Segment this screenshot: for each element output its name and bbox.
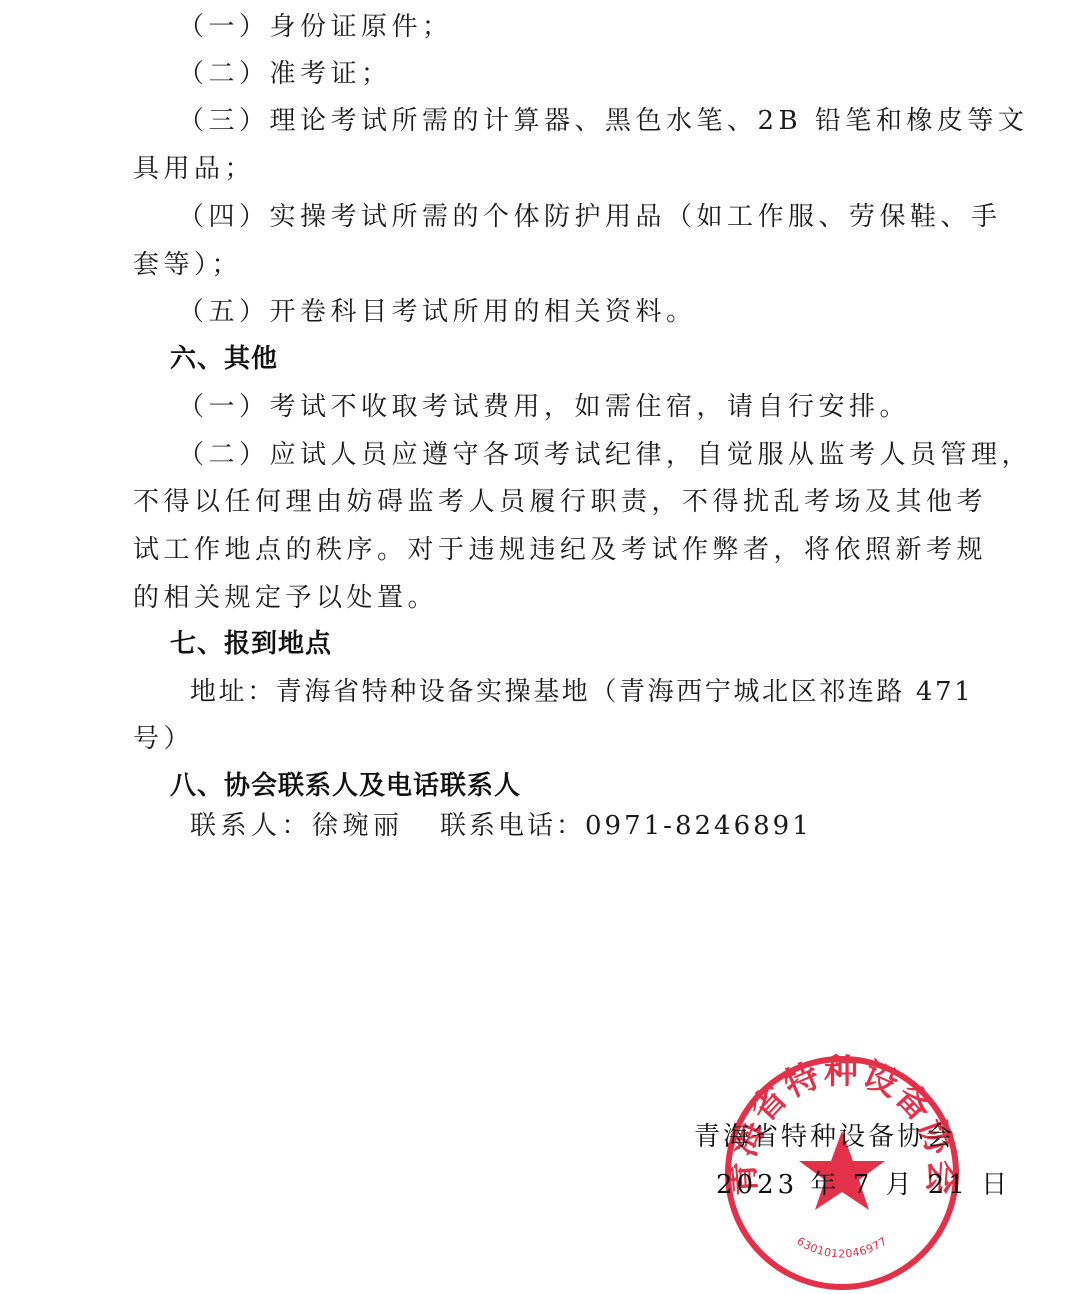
other-item-discipline-line3: 试工作地点的秩序。对于违规违纪及考试作弊者，将依照新考规 <box>133 534 987 566</box>
other-item-fees: （一）考试不收取考试费用，如需住宿，请自行安排。 <box>178 391 910 423</box>
item-stationery: （三）理论考试所需的计算器、黑色水笔、2B 铅笔和橡皮等文 <box>178 105 1028 137</box>
item-id-card: （一）身份证原件； <box>178 11 453 43</box>
svg-text:6301012046977: 6301012046977 <box>794 1235 889 1261</box>
document-page: （一）身份证原件； （二）准考证； （三）理论考试所需的计算器、黑色水笔、2B … <box>0 0 1088 1294</box>
item-open-book-materials: （五）开卷科目考试所用的相关资料。 <box>178 296 697 328</box>
signature-organization: 青海省特种设备协会 <box>694 1121 955 1153</box>
contact-person: 联系人：徐琬丽 <box>190 810 404 842</box>
item-stationery-continuation: 具用品； <box>133 153 255 185</box>
item-protective-equipment-continuation: 套等）； <box>133 249 242 281</box>
item-admission-ticket: （二）准考证； <box>178 58 392 90</box>
other-item-discipline-line2: 不得以任何理由妨碍监考人员履行职责，不得扰乱考场及其他考 <box>133 486 987 518</box>
section-heading-report-location: 七、报到地点 <box>170 628 332 660</box>
address-line1: 地址：青海省特种设备实操基地（青海西宁城北区祁连路 471 <box>190 676 973 708</box>
other-item-discipline-line1: （二）应试人员应遵守各项考试纪律，自觉服从监考人员管理， <box>178 439 1032 471</box>
seal-serial-number: 6301012046977 <box>794 1235 889 1261</box>
address-line2: 号） <box>133 723 194 755</box>
contact-phone: 联系电话：0971-8246891 <box>440 810 812 842</box>
signature-date: 2023 年 7 月 21 日 <box>716 1169 1011 1201</box>
item-protective-equipment: （四）实操考试所需的个体防护用品（如工作服、劳保鞋、手 <box>178 201 1002 233</box>
other-item-discipline-line4: 的相关规定予以处置。 <box>133 582 438 614</box>
section-heading-other: 六、其他 <box>170 343 278 375</box>
section-heading-contact: 八、协会联系人及电话联系人 <box>170 770 521 802</box>
